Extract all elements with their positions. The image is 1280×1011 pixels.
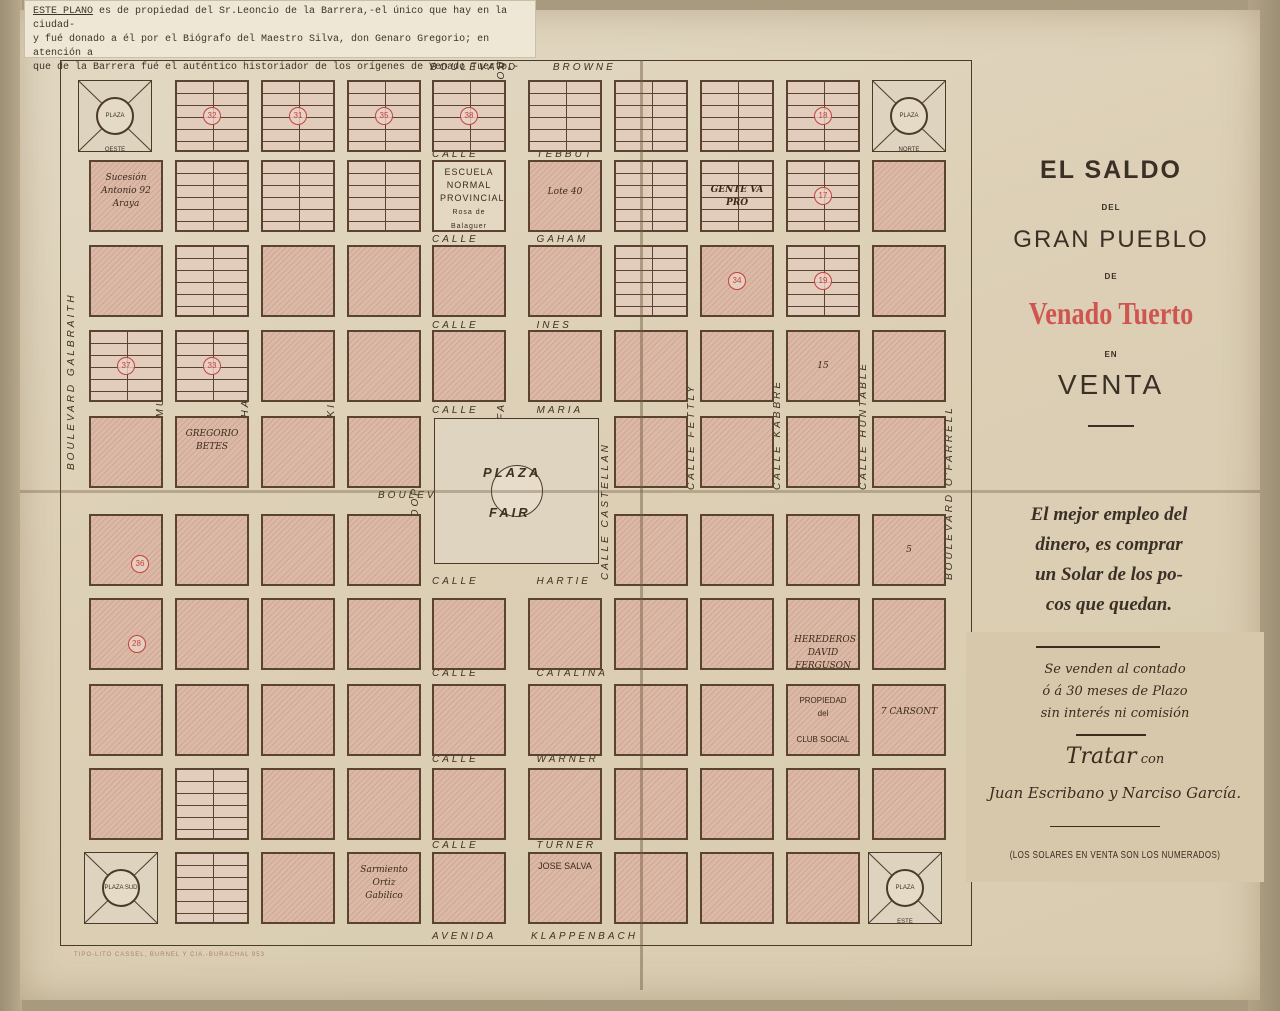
block-lots <box>347 160 421 232</box>
block: 7 CARSONT <box>872 684 946 756</box>
block <box>528 245 602 317</box>
block <box>614 514 688 586</box>
plaza-label: PLAZA <box>483 465 541 480</box>
street-calle-turner: CALLE TURNER <box>432 840 596 851</box>
title-venta: VENTA <box>976 369 1246 401</box>
block: GREGORIO BETES <box>175 416 249 488</box>
terms-tratar: Tratar con <box>966 744 1264 769</box>
block-lots <box>175 852 249 924</box>
street-calle-castellan: CALLE CASTELLAN <box>600 442 611 580</box>
printer-imprint: TIPO-LITO CASSEL, BURNEL Y CIA.-BURACHAL… <box>74 952 265 958</box>
slogan: El mejor empleo del dinero, es comprar u… <box>978 500 1240 620</box>
block <box>89 684 163 756</box>
block-lots <box>175 768 249 840</box>
block-lots <box>614 80 688 152</box>
terms-line-1: Se venden al contado <box>966 662 1264 677</box>
block <box>347 416 421 488</box>
street-boulevard-galbraith: BOULEVARD GALBRAITH <box>66 292 77 470</box>
block <box>432 330 506 402</box>
street-calle-gaham: CALLE GAHAM <box>432 234 588 245</box>
block <box>700 514 774 586</box>
block <box>89 245 163 317</box>
block <box>432 245 506 317</box>
block <box>700 684 774 756</box>
block <box>261 598 335 670</box>
block-lots: GENTE VA PRO <box>700 160 774 232</box>
block-lots: 32 <box>175 80 249 152</box>
block <box>614 684 688 756</box>
block <box>872 330 946 402</box>
block <box>614 852 688 924</box>
block-lots <box>614 160 688 232</box>
block <box>261 245 335 317</box>
block <box>528 684 602 756</box>
block-lots: 19 <box>786 245 860 317</box>
block-lots: 37 <box>89 330 163 402</box>
block <box>786 514 860 586</box>
title-rule <box>1088 425 1134 427</box>
note-lead: ESTE PLANO <box>33 6 93 17</box>
block <box>89 768 163 840</box>
note-line-1: es de propiedad del Sr.Leoncio de la Bar… <box>33 6 507 31</box>
block <box>261 768 335 840</box>
block <box>175 598 249 670</box>
block <box>175 514 249 586</box>
title-panel: EL SALDO DEL GRAN PUEBLO DE Venado Tuert… <box>976 140 1246 427</box>
terms-line-3: sin interés ni comisión <box>966 706 1264 721</box>
block-lots <box>614 245 688 317</box>
block-lots: 38 <box>432 80 506 152</box>
block <box>347 598 421 670</box>
block <box>432 768 506 840</box>
plaza-este: PLAZA ESTE <box>868 852 942 924</box>
title-de: DE <box>976 272 1246 281</box>
block <box>175 684 249 756</box>
block <box>347 768 421 840</box>
scan-edge-left <box>0 0 22 1011</box>
plaza-sud: PLAZA SUD <box>84 852 158 924</box>
block <box>700 330 774 402</box>
block-lots: 17 <box>786 160 860 232</box>
block: 34 <box>700 245 774 317</box>
block: JOSE SALVA <box>528 852 602 924</box>
block-lots <box>261 160 335 232</box>
block <box>432 598 506 670</box>
block <box>347 330 421 402</box>
fair-label: FAIR <box>489 505 531 520</box>
block: Sarmiento Ortiz Gabilico <box>347 852 421 924</box>
street-calle-hartie: CALLE HARTIE <box>432 576 591 587</box>
block <box>528 598 602 670</box>
block: Lote 40 <box>528 160 602 232</box>
block <box>614 768 688 840</box>
block <box>432 852 506 924</box>
block <box>89 416 163 488</box>
block <box>261 416 335 488</box>
paper-fold-vertical <box>640 60 643 990</box>
block <box>872 768 946 840</box>
block <box>528 768 602 840</box>
block-lots: 33 <box>175 330 249 402</box>
block <box>786 416 860 488</box>
block <box>872 245 946 317</box>
typed-provenance-note: ESTE PLANO es de propiedad del Sr.Leonci… <box>24 0 536 58</box>
block-lots: 31 <box>261 80 335 152</box>
terms-agents: Juan Escribano y Narciso García. <box>966 784 1264 802</box>
block <box>872 416 946 488</box>
block: 28 <box>89 598 163 670</box>
block-lots: 35 <box>347 80 421 152</box>
block: Sucesión Antonio 92 Araya <box>89 160 163 232</box>
block <box>261 330 335 402</box>
block: 15 <box>786 330 860 402</box>
club-social-block: PROPIEDADdelCLUB SOCIAL <box>786 684 860 756</box>
block <box>347 514 421 586</box>
title-venado-tuerto: Venado Tuerto <box>1000 295 1221 332</box>
block <box>347 245 421 317</box>
block <box>614 416 688 488</box>
title-gran-pueblo: GRAN PUEBLO <box>976 226 1246 254</box>
block <box>614 598 688 670</box>
title-del: DEL <box>976 203 1246 212</box>
sale-terms-box: Se venden al contado ó á 30 meses de Pla… <box>966 632 1264 882</box>
street-calle-maria: CALLE MARIA <box>432 405 583 416</box>
block-lots <box>175 245 249 317</box>
block <box>700 416 774 488</box>
street-avenida-klappenbach: AVENIDA KLAPPENBACH <box>432 931 638 942</box>
title-el-saldo: EL SALDO <box>976 156 1246 185</box>
block <box>700 598 774 670</box>
block-lots <box>175 160 249 232</box>
block: 36 <box>89 514 163 586</box>
escuela-normal-block: ESCUELANORMALPROVINCIALRosa de Balaguer <box>432 160 506 232</box>
block <box>347 684 421 756</box>
block: 5 <box>872 514 946 586</box>
block <box>872 598 946 670</box>
block: HEREDEROS DAVID FERGUSON <box>786 598 860 670</box>
title-en: EN <box>976 350 1246 359</box>
block <box>261 852 335 924</box>
block-lots: 18 <box>786 80 860 152</box>
terms-footnote: (LOS SOLARES EN VENTA SON LOS NUMERADOS) <box>996 850 1234 861</box>
street-boulevard-browne: BOULEVARD BROWNE <box>430 62 616 73</box>
block <box>786 768 860 840</box>
block-lots <box>528 80 602 152</box>
block <box>700 852 774 924</box>
block <box>261 514 335 586</box>
block <box>700 768 774 840</box>
block <box>528 330 602 402</box>
plaza-norte: PLAZA NORTE <box>872 80 946 152</box>
block <box>786 852 860 924</box>
note-line-2: y fué donado a él por el Biógrafo del Ma… <box>33 33 527 61</box>
block-lots <box>700 80 774 152</box>
block <box>614 330 688 402</box>
block <box>432 684 506 756</box>
terms-line-2: ó á 30 meses de Plazo <box>966 684 1264 699</box>
block <box>872 160 946 232</box>
plaza-oeste: PLAZA OESTE <box>78 80 152 152</box>
block <box>261 684 335 756</box>
